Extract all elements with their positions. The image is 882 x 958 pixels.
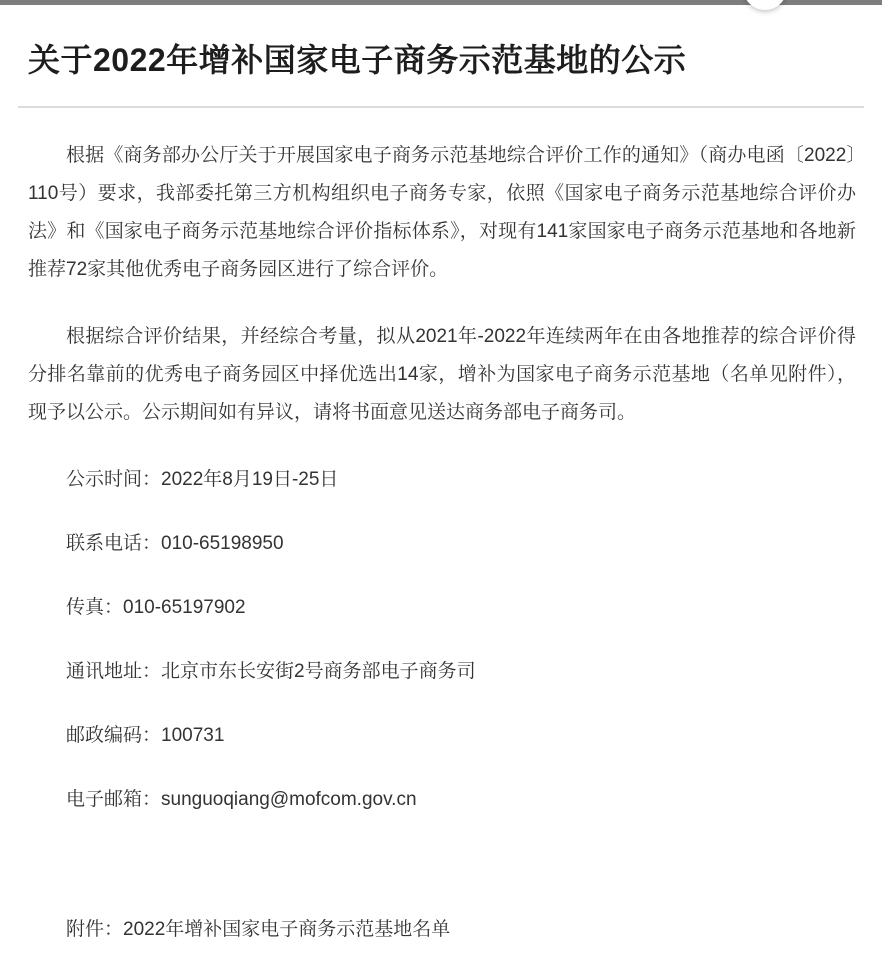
- top-accent-bar: [0, 0, 882, 5]
- paragraph-evaluation-background: 根据《商务部办公厅关于开展国家电子商务示范基地综合评价工作的通知》（商办电函〔2…: [28, 137, 856, 289]
- info-line-publicity-period: 公示时间：2022年8月19日-25日: [28, 461, 854, 499]
- info-line-fax: 传真：010-65197902: [28, 589, 854, 627]
- info-line-phone: 联系电话：010-65198950: [28, 525, 854, 563]
- info-line-address: 通讯地址：北京市东长安街2号商务部电子商务司: [28, 653, 854, 691]
- info-line-postcode: 邮政编码：100731: [28, 717, 854, 755]
- attachment-line: 附件：2022年增补国家电子商务示范基地名单: [28, 911, 854, 949]
- info-line-email: 电子邮箱：sunguoqiang@mofcom.gov.cn: [28, 781, 854, 819]
- notice-page: 关于2022年增补国家电子商务示范基地的公示 根据《商务部办公厅关于开展国家电子…: [0, 0, 882, 949]
- page-title: 关于2022年增补国家电子商务示范基地的公示: [28, 39, 854, 82]
- title-divider: [18, 106, 864, 108]
- paragraph-selection-result: 根据综合评价结果，并经综合考量，拟从2021年-2022年连续两年在由各地推荐的…: [28, 318, 856, 432]
